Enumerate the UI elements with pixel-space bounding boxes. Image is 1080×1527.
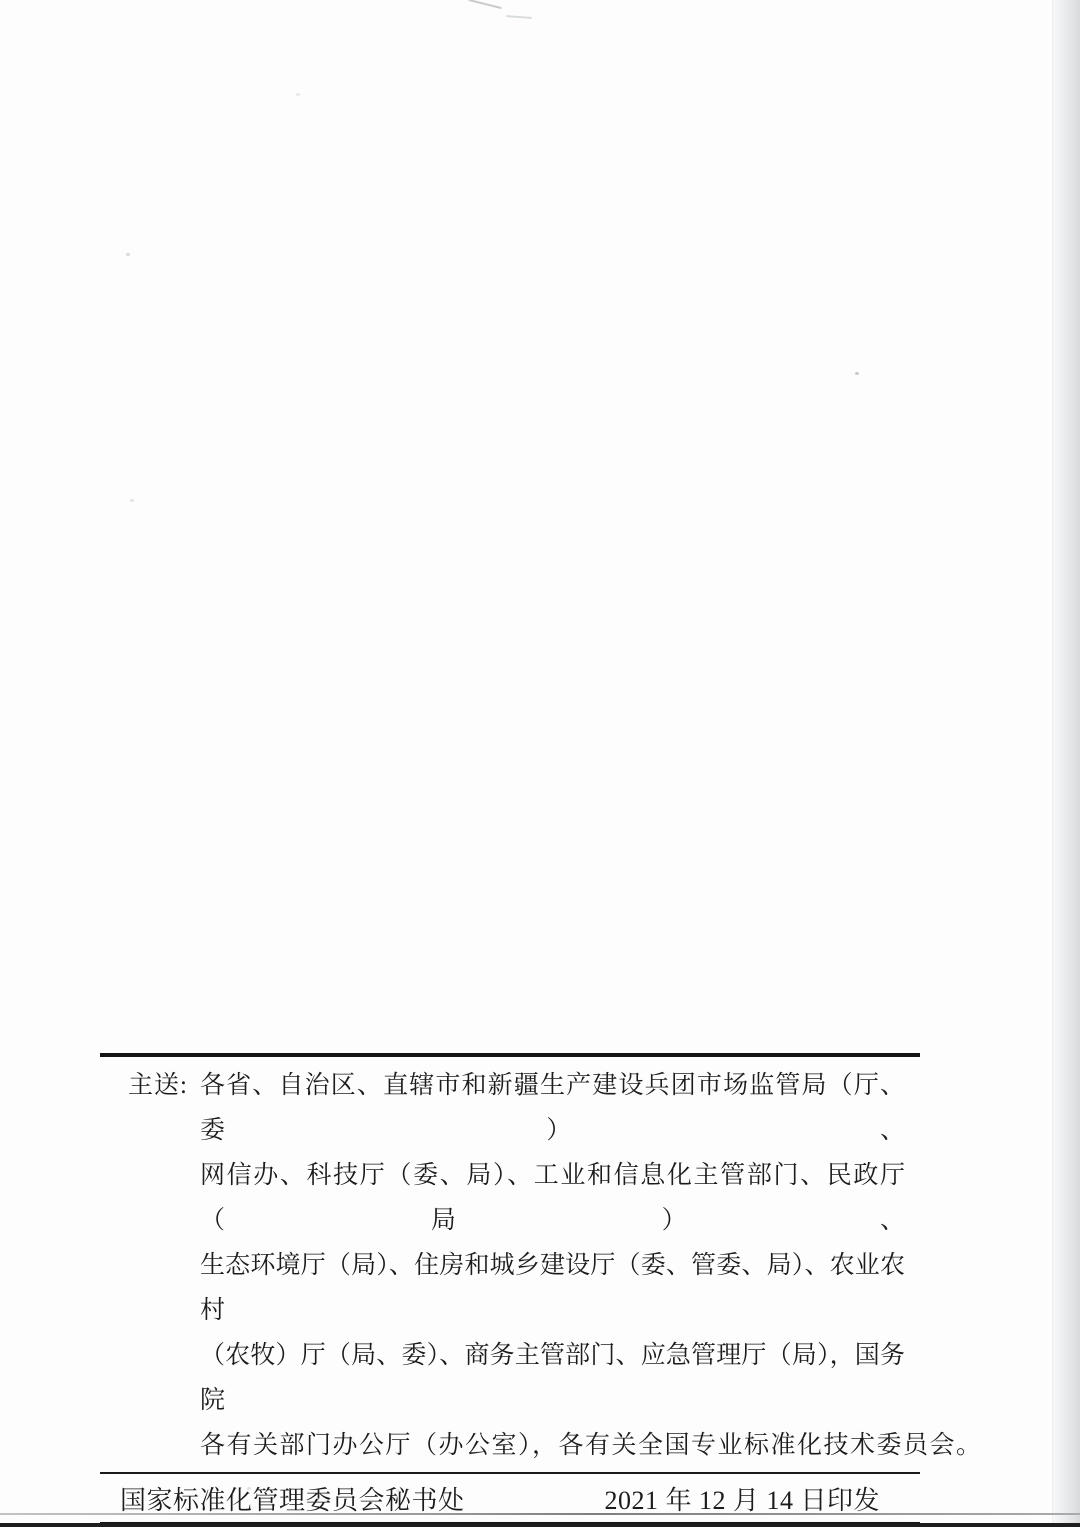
recipients-line: 生态环境厅（局）、住房和城乡建设厅（委、管委、局）、农业农村	[200, 1243, 905, 1333]
paper-edge-shadow	[1052, 0, 1080, 1527]
scan-artifact-mark	[506, 15, 532, 19]
scan-speck	[855, 372, 859, 375]
scan-speck	[296, 93, 300, 96]
recipients-line: 网信办、科技厅（委、局）、工业和信息化主管部门、民政厅（局）、	[200, 1153, 905, 1243]
scan-bottom-band	[0, 1523, 1080, 1527]
scan-artifact-mark	[468, 0, 501, 9]
recipients-block: 主送: 各省、自治区、直辖市和新疆生产建设兵团市场监管局（厅、委）、 网信办、科…	[100, 1057, 920, 1472]
issue-date: 2021 年 12 月 14 日印发	[604, 1480, 880, 1517]
document-page: 主送: 各省、自治区、直辖市和新疆生产建设兵团市场监管局（厅、委）、 网信办、科…	[0, 0, 1080, 1527]
recipients-line: 各省、自治区、直辖市和新疆生产建设兵团市场监管局（厅、委）、	[200, 1063, 905, 1153]
scan-bottom-line	[0, 1513, 1080, 1515]
recipients-line: （农牧）厅（局、委）、商务主管部门、应急管理厅（局），国务院	[200, 1333, 905, 1423]
recipients-line: 各有关部门办公厅（办公室），各有关全国专业标准化技术委员会。	[200, 1423, 905, 1468]
recipients-label: 主送:	[128, 1063, 188, 1108]
scan-speck	[126, 253, 130, 256]
distribution-footer: 主送: 各省、自治区、直辖市和新疆生产建设兵团市场监管局（厅、委）、 网信办、科…	[100, 1053, 920, 1526]
issuer-name: 国家标准化管理委员会秘书处	[120, 1480, 465, 1517]
scan-speck	[130, 499, 134, 502]
